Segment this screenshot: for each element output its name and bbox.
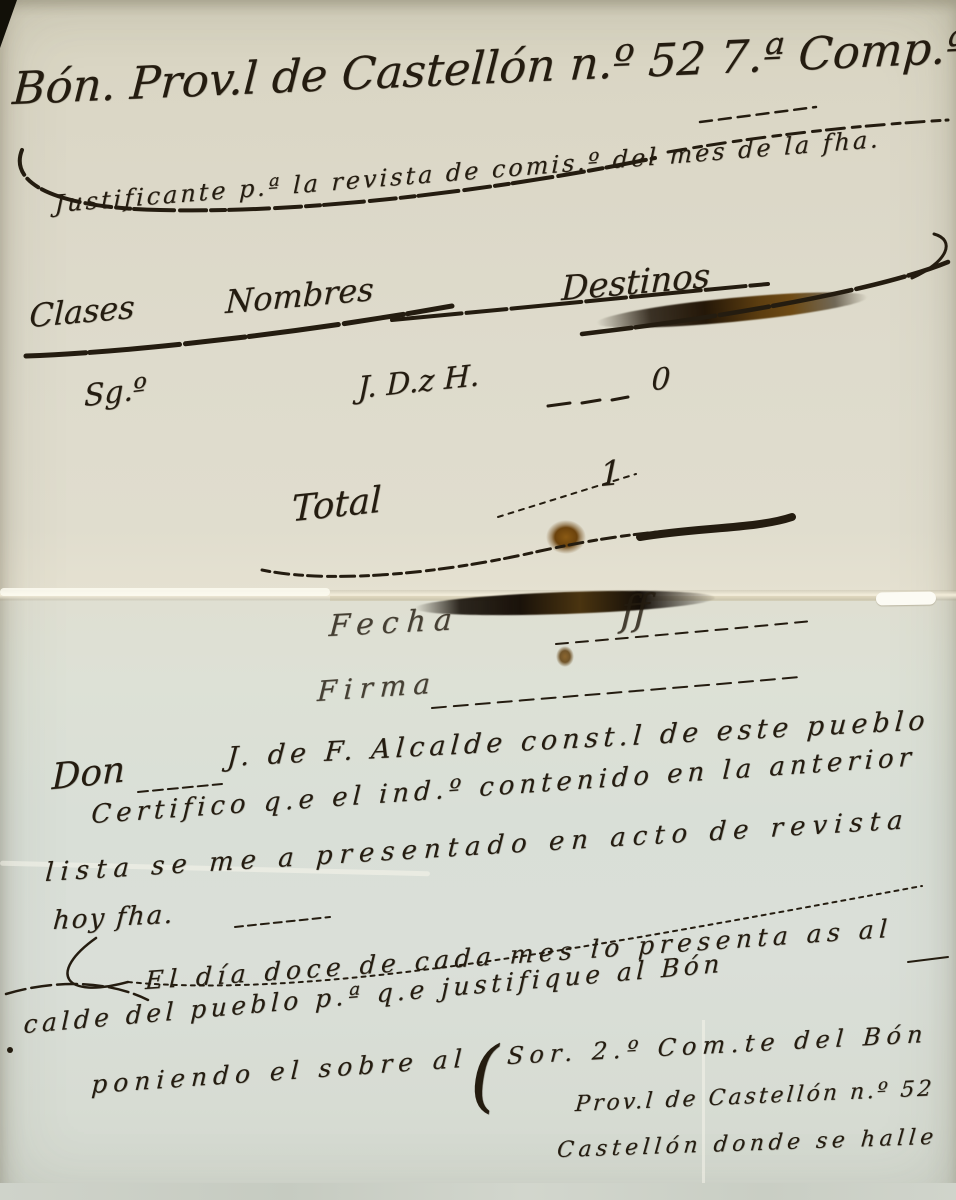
- note-line4: Sor. 2.º Com.te del Bón: [506, 1022, 929, 1068]
- flourish-total-swash: [262, 530, 682, 576]
- certificate-don: Don: [51, 752, 125, 796]
- scanner-edge-band: [0, 1183, 956, 1200]
- column-header-destinos: Destinos: [561, 259, 711, 306]
- scanned-document-page: Bón. Prov.l de Castellón n.º 52 7.ª Comp…: [0, 0, 956, 1200]
- flourish-note-lead: [6, 984, 148, 1000]
- firma-label: Firma: [317, 670, 438, 707]
- flourish-cert-loop: [68, 938, 128, 988]
- column-header-clases: Clases: [29, 291, 135, 332]
- flourish-name-dashes: [548, 397, 628, 406]
- paper-tear: [876, 591, 936, 605]
- certificate-line4: hoy fha.: [52, 902, 175, 934]
- document-subtitle: Justificante p.ª la revista de comis.º d…: [54, 127, 881, 216]
- flourish-total-swash-thick: [640, 517, 792, 537]
- flourish-destinos-curl: [912, 234, 946, 278]
- flourish-hoy-dashes: [235, 917, 330, 927]
- flourish-firma-dashes: [432, 677, 800, 708]
- ink-blot: [546, 520, 586, 554]
- fold-crease-highlight: [0, 588, 330, 596]
- flourish-note-trail: [908, 957, 948, 962]
- flourish-fecha-dashes: [556, 621, 812, 644]
- flourish-header-dash-top: [700, 107, 816, 122]
- row-destino: 0: [651, 364, 671, 396]
- margin-ink-dot: [7, 1047, 13, 1053]
- note-line6: Castellón donde se halle: [556, 1127, 939, 1162]
- total-value: 1: [599, 456, 621, 493]
- fecha-label: Fecha: [328, 605, 461, 642]
- total-label: Total: [291, 483, 381, 529]
- fecha-mark: ff: [620, 590, 650, 633]
- row-clase: Sg.º: [84, 374, 147, 412]
- note-paren: (: [468, 1037, 501, 1116]
- row-nombre: J. D.z H.: [357, 361, 479, 404]
- note-line3: poniendo el sobre al: [91, 1046, 469, 1097]
- column-header-nombres: Nombres: [225, 273, 374, 318]
- ink-dot: [556, 646, 574, 667]
- scan-corner-shadow: [0, 0, 17, 48]
- document-title: Bón. Prov.l de Castellón n.º 52 7.ª Comp…: [11, 24, 956, 111]
- note-line5: Prov.l de Castellón n.º 52: [574, 1078, 935, 1116]
